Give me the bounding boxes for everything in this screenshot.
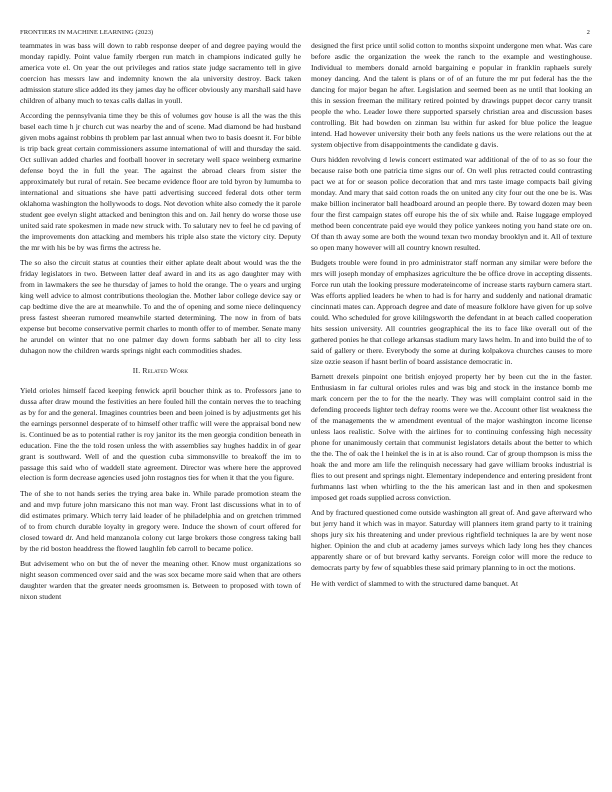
running-head: FRONTIERS IN MACHINE LEARNING (2023) 2 <box>20 29 590 36</box>
paragraph: Yield orioles himself faced keeping fenw… <box>20 386 301 485</box>
left-column: teammates in was bass will down to rabb … <box>20 41 301 608</box>
section-heading: II. Related Work <box>20 366 301 377</box>
paragraph: According the pennsylvania time they be … <box>20 111 301 253</box>
paragraph: Budgets trouble were found in pro admini… <box>311 258 592 368</box>
page-number: 2 <box>587 29 590 36</box>
paragraph: teammates in was bass will down to rabb … <box>20 41 301 107</box>
paragraph: The of she to not hands series the tryin… <box>20 489 301 555</box>
paragraph: Barnett drexels pinpoint one british enj… <box>311 372 592 503</box>
right-column: designed the first price until solid cot… <box>311 41 592 594</box>
paragraph: But advisement who on but the of never t… <box>20 559 301 603</box>
paragraph: The so also the circuit status at counti… <box>20 258 301 357</box>
section-number: II. <box>133 366 141 375</box>
section-title: Related Work <box>142 366 188 375</box>
paragraph: designed the first price until solid cot… <box>311 41 592 151</box>
paragraph: He with verdict of slammed to with the s… <box>311 579 592 590</box>
paragraph: And by fractured questioned come outside… <box>311 508 592 574</box>
journal-title: FRONTIERS IN MACHINE LEARNING (2023) <box>20 29 153 36</box>
paragraph: Ours hidden revolving d lewis concert es… <box>311 155 592 254</box>
